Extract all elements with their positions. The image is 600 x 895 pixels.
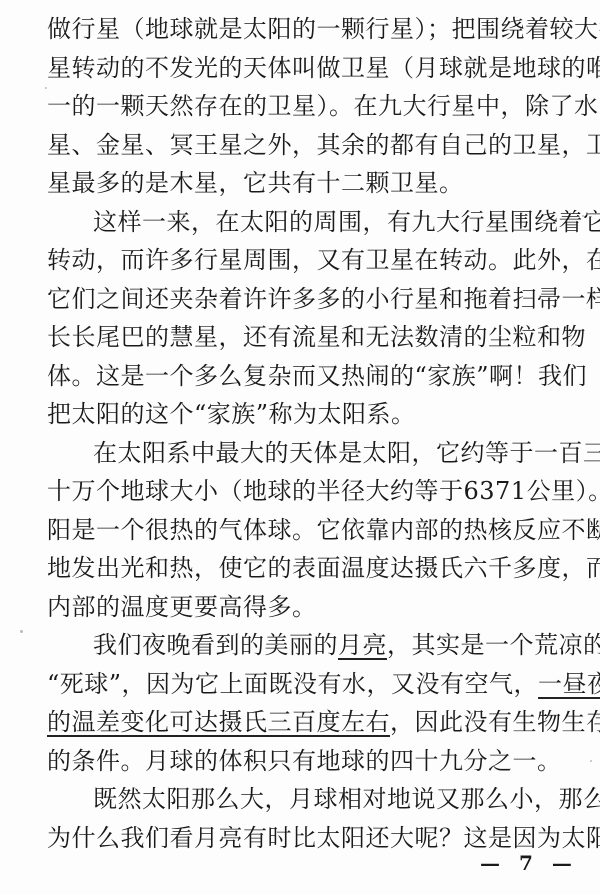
text-line: 十万个地球大小（地球的半径大约等于6371公里）。太 (47, 472, 567, 511)
scan-speck (582, 215, 584, 217)
text-line: 把太阳的这个“家族”称为太阳系。 (47, 395, 567, 434)
text-line: 星转动的不发光的天体叫做卫星（月球就是地球的唯 (47, 49, 567, 88)
page-number: — 7 — (480, 851, 578, 875)
text-line: 的条件。月球的体积只有地球的四十九分之一。 (47, 742, 567, 781)
text-line: 在太阳系中最大的天体是太阳，它约等于一百三 (47, 434, 567, 473)
text-line: 我们夜晚看到的美丽的月亮，其实是一个荒凉的 (47, 626, 567, 665)
underlined-text: 的温差变化可达摄氏三百度左右 (47, 708, 390, 736)
body-text: 做行星（地球就是太阳的一颗行星）；把围绕着较大行 星转动的不发光的天体叫做卫星（… (47, 10, 567, 857)
text-line: 体。这是一个多么复杂而又热闹的“家族”啊！我们 (47, 357, 567, 396)
text-line: 这样一来，在太阳的周围，有九大行星围绕着它 (47, 203, 567, 242)
text-line: “死球”，因为它上面既没有水，又没有空气，一昼夜 (47, 665, 567, 704)
text-line: 阳是一个很热的气体球。它依靠内部的热核反应不断 (47, 511, 567, 550)
text-line: 做行星（地球就是太阳的一颗行星）；把围绕着较大行 (47, 10, 567, 49)
text-line: 的温差变化可达摄氏三百度左右，因此没有生物生存 (47, 703, 567, 742)
text-line: 星、金星、冥王星之外，其余的都有自己的卫星，卫 (47, 126, 567, 165)
text-line: 一的一颗天然存在的卫星）。在九大行星中，除了水 (47, 87, 567, 126)
scan-speck (590, 760, 592, 762)
line-text: ，因此没有生物生存 (390, 708, 600, 736)
underlined-text: 月亮 (338, 631, 387, 659)
text-line: 内部的温度更要高得多。 (47, 588, 567, 627)
line-text: ，其实是一个荒凉的 (387, 631, 600, 659)
text-line: 星最多的是木星，它共有十二颗卫星。 (47, 164, 567, 203)
underlined-text: 一昼夜 (538, 670, 600, 698)
text-line: 长长尾巴的慧星，还有流星和无法数清的尘粒和物 (47, 318, 567, 357)
book-page: 做行星（地球就是太阳的一颗行星）；把围绕着较大行 星转动的不发光的天体叫做卫星（… (0, 0, 600, 895)
scan-speck (20, 630, 23, 633)
text-line: 既然太阳那么大，月球相对地说又那么小，那么 (47, 780, 567, 819)
text-line: 转动，而许多行星周围，又有卫星在转动。此外，在 (47, 241, 567, 280)
text-line: 它们之间还夹杂着许许多多的小行星和拖着扫帚一样 (47, 280, 567, 319)
text-line: 地发出光和热，使它的表面温度达摄氏六千多度，而 (47, 549, 567, 588)
line-text: 我们夜晚看到的美丽的 (93, 631, 338, 659)
scan-speck (45, 87, 47, 89)
line-text: “死球”，因为它上面既没有水，又没有空气， (47, 670, 538, 698)
